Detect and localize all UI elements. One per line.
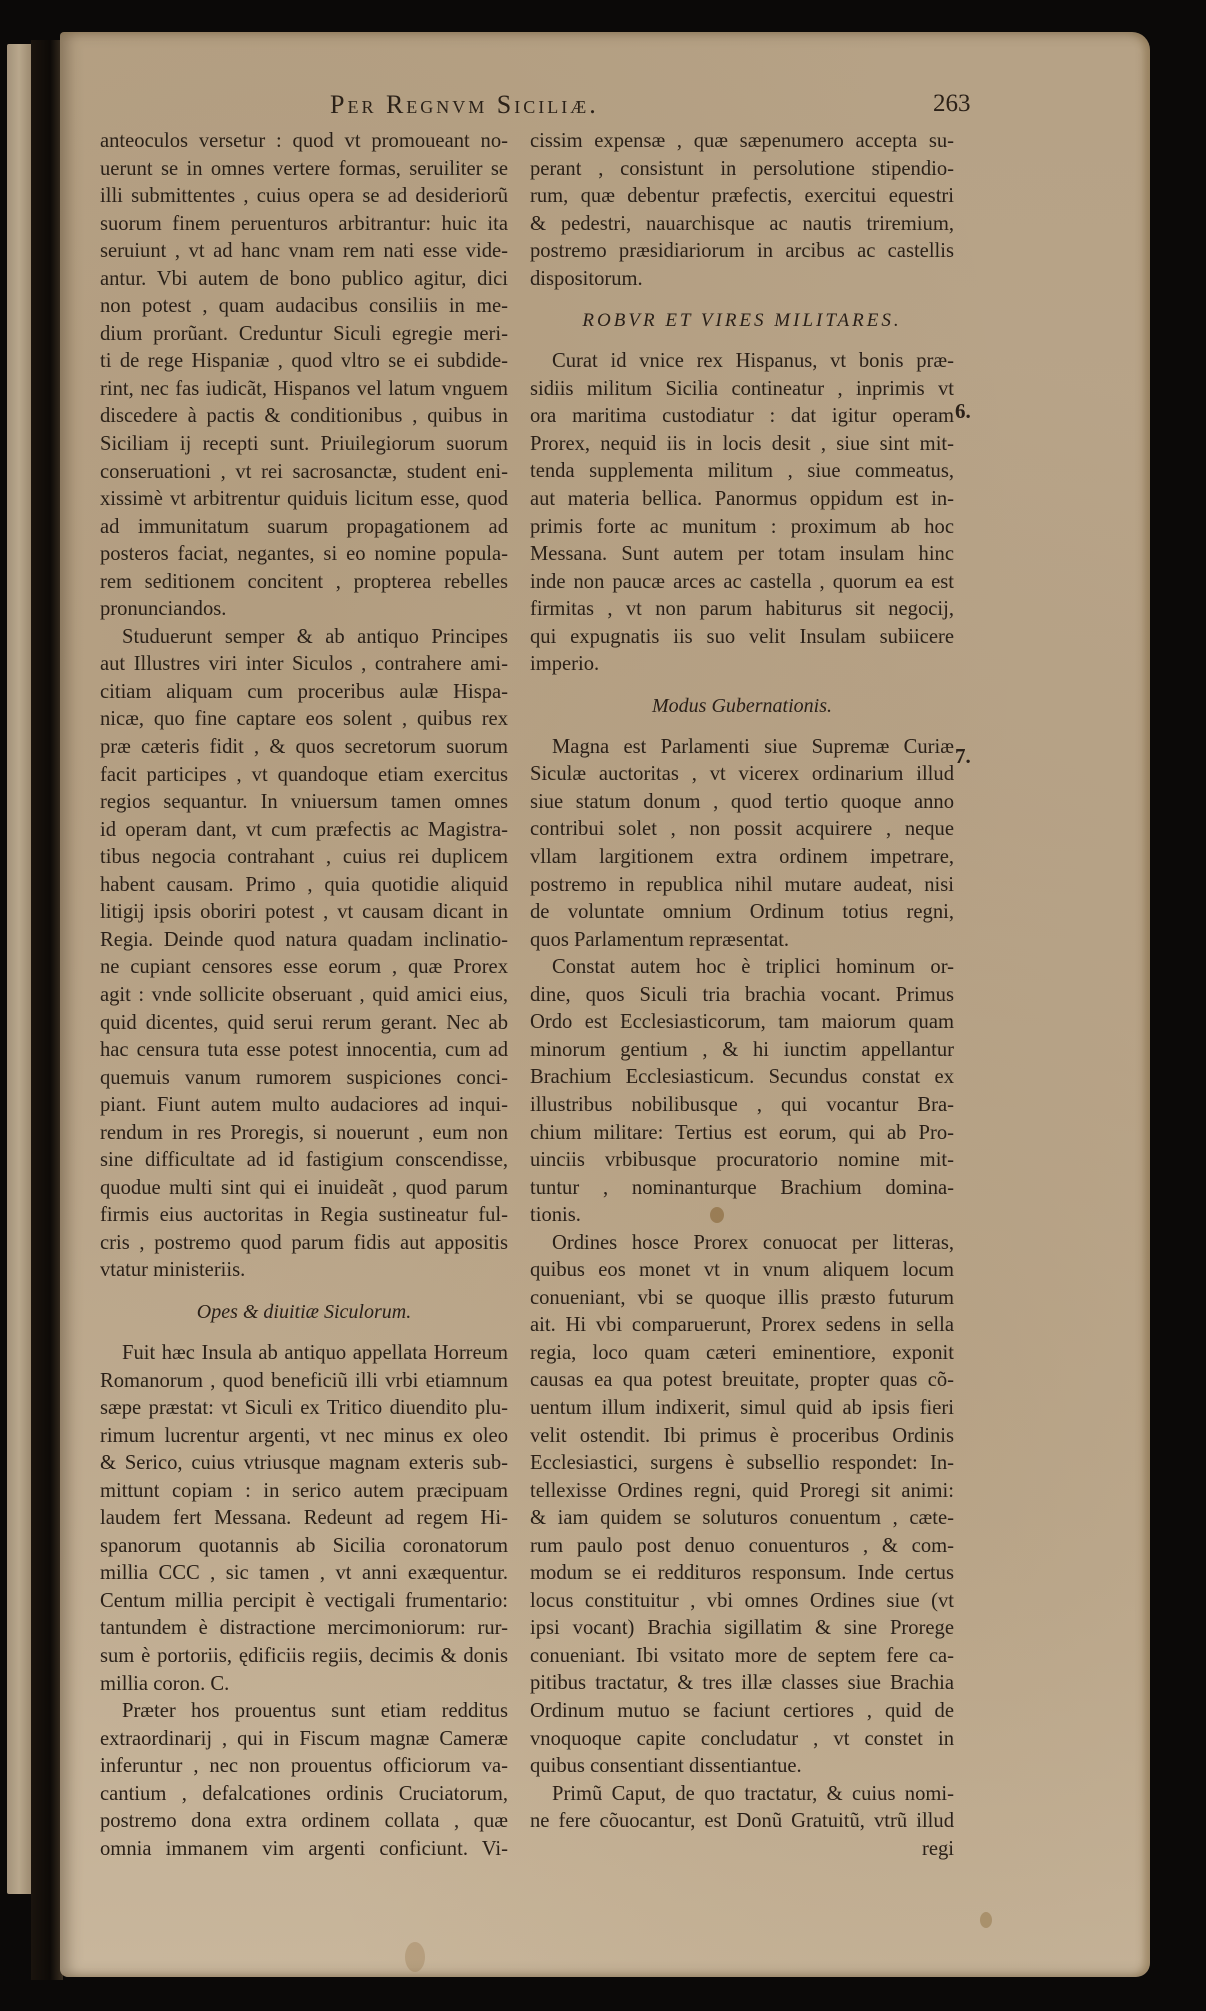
text-line: dium prorũant. Creduntur Siculi egregie … — [100, 321, 508, 349]
book-gutter — [31, 40, 63, 1980]
text-line: litigij ipsis oboriri potest , vt causam… — [100, 899, 508, 927]
text-line: sæpe præstat: vt Siculi ex Tritico diuen… — [100, 1395, 508, 1423]
text-line: quibus eos monet vt in vnum aliquem locu… — [530, 1257, 954, 1285]
text-line: laudem fert Messana. Redeunt ad regem Hi… — [100, 1505, 508, 1533]
text-line: ipsi vocant) Brachia sigillatim & sine P… — [530, 1615, 954, 1643]
text-line: omnia immanem vim argenti conficiunt. Vi… — [100, 1836, 508, 1864]
text-line: qui expugnatis iis suo velit Insulam sub… — [530, 624, 954, 652]
text-line: xissimè vt arbitrentur quiduis licitum e… — [100, 486, 508, 514]
text-line: quos Parlamentum repræsentat. — [530, 927, 954, 955]
text-line: discedere à pactis & conditionibus , qui… — [100, 403, 508, 431]
text-line: extraordinarij , qui in Fiscum magnæ Cam… — [100, 1726, 508, 1754]
text-line: vnoquoque capite concludatur , vt conste… — [530, 1726, 954, 1754]
text-line: antur. Vbi autem de bono publico agitur,… — [100, 266, 508, 294]
text-line: uerunt se in omnes vertere formas, serui… — [100, 156, 508, 184]
text-line: sum è portoriis, ędificiis regiis, decim… — [100, 1643, 508, 1671]
text-line: ora maritima custodiatur : dat igitur op… — [530, 403, 954, 431]
text-line: Ecclesiastici, surgens è subsellio respo… — [530, 1450, 954, 1478]
text-line: millia coron. C. — [100, 1671, 508, 1699]
text-line: primis forte ac munitum : proximum ab ho… — [530, 514, 954, 542]
text-line: agit : vnde sollicite obseruant , quid a… — [100, 982, 508, 1010]
text-line: hac censura tuta esse potest innocentia,… — [100, 1037, 508, 1065]
text-line: vllam largitionem extra ordinem impetrar… — [530, 844, 954, 872]
text-line: tantundem è distractione mercimoniorum: … — [100, 1615, 508, 1643]
text-line: seruiunt , vt ad hanc vnam rem nati esse… — [100, 238, 508, 266]
text-line: millia CCC , sic tamen , vt anni exæquen… — [100, 1560, 508, 1588]
text-line: aut materia bellica. Panormus oppidum es… — [530, 486, 954, 514]
text-line: nicæ, quo fine captare eos solent , quib… — [100, 706, 508, 734]
right-column: cissim expensæ , quæ sæpenumero accepta … — [530, 128, 954, 1863]
text-line: Siciliam ij recepti sunt. Priuilegiorum … — [100, 431, 508, 459]
text-line: tibus negocia contrahant , cuius rei dup… — [100, 844, 508, 872]
text-line: uinciis vrbibusque procuratorio nomine m… — [530, 1147, 954, 1175]
text-line: spanorum quotannis ab Sicilia coronatoru… — [100, 1533, 508, 1561]
text-line: non potest , quam audacibus consiliis in… — [100, 293, 508, 321]
text-line: Primũ Caput, de quo tractatur, & cuius n… — [530, 1781, 954, 1809]
text-line: cris , postremo quod parum fidis aut app… — [100, 1230, 508, 1258]
text-line: firmitas , vt non parum habiturus sit ne… — [530, 596, 954, 624]
text-line: conueniant, vbi se quoque illis præsto f… — [530, 1285, 954, 1313]
catchword: regi — [530, 1836, 954, 1864]
text-line: anteoculos versetur : quod vt promoueant… — [100, 128, 508, 156]
text-line: Siculæ auctoritas , vt vicerex ordinariu… — [530, 761, 954, 789]
text-line: tionis. — [530, 1202, 954, 1230]
book-page: Per Regnvm Siciliæ. 263 anteoculos verse… — [60, 32, 1150, 1977]
text-line: dispositorum. — [530, 266, 954, 294]
text-line: quodue multi sint qui ei inuideãt , quod… — [100, 1175, 508, 1203]
text-line: regios sequantur. In vniuersum tamen omn… — [100, 789, 508, 817]
text-line: vtatur ministeriis. — [100, 1257, 508, 1285]
text-line: & iam quidem se soluturos conuentum , cæ… — [530, 1505, 954, 1533]
text-line: ti de rege Hispaniæ , quod vltro se ei s… — [100, 348, 508, 376]
text-line: pitibus tractatur, & tres illæ classes s… — [530, 1670, 954, 1698]
text-line: Ordinum mutuo se faciunt certiores , qui… — [530, 1698, 954, 1726]
text-line: siue statum donum , quod tertio quoque a… — [530, 789, 954, 817]
right-paragraphs: cissim expensæ , quæ sæpenumero accepta … — [530, 128, 954, 293]
text-line: modum se ei reddituros responsum. Inde c… — [530, 1560, 954, 1588]
text-line: quibus consentiant dissentiantue. — [530, 1753, 954, 1781]
paper-stain — [980, 1912, 992, 1928]
text-line: de voluntate omnium Ordinum totius regni… — [530, 899, 954, 927]
text-line: Præter hos prouentus sunt etiam redditus — [100, 1698, 508, 1726]
text-line: Studuerunt semper & ab antiquo Principes — [100, 624, 508, 652]
text-line: Constat autem hoc è triplici hominum or- — [530, 954, 954, 982]
facing-page-edge — [7, 44, 31, 1894]
paper-stain — [405, 1942, 425, 1972]
left-column: anteoculos versetur : quod vt promoueant… — [100, 128, 508, 1863]
text-line: Magna est Parlamenti siue Supremæ Curiæ — [530, 734, 954, 762]
text-line: id operam dant, vt cum præfectis ac Magi… — [100, 817, 508, 845]
text-line: tellexisse Ordines regni, quid Proregi s… — [530, 1478, 954, 1506]
text-line: perant , consistunt in persolutione stip… — [530, 156, 954, 184]
text-line: rum paulo post denuo conuenturos , & com… — [530, 1533, 954, 1561]
text-line: ad immunitatum suarum propagationem ad — [100, 514, 508, 542]
text-line: aut Illustres viri inter Siculos , contr… — [100, 651, 508, 679]
text-line: Brachium Ecclesiasticum. Secundus consta… — [530, 1064, 954, 1092]
text-line: & pedestri, nauarchisque ac nautis trire… — [530, 211, 954, 239]
text-line: conueniant. Ibi vsitato more de septem f… — [530, 1643, 954, 1671]
text-line: Curat id vnice rex Hispanus, vt bonis pr… — [530, 348, 954, 376]
running-head: Per Regnvm Siciliæ. — [330, 90, 599, 120]
text-line: ne cupiant censores esse eorum , quæ Pro… — [100, 954, 508, 982]
text-line: tenda supplementa militum , siue commeat… — [530, 458, 954, 486]
text-line: chium militare: Tertius est eorum, qui a… — [530, 1120, 954, 1148]
text-line: Fuit hæc Insula ab antiquo appellata Hor… — [100, 1340, 508, 1368]
text-line: habent causam. Primo , quia quotidie ali… — [100, 872, 508, 900]
section-heading-robur: ROBVR ET VIRES MILITARES. — [530, 293, 954, 348]
text-line: quid dicentes, quid serui rerum gerant. … — [100, 1010, 508, 1038]
text-line: pronunciandos. — [100, 596, 508, 624]
text-line: tuntur , nominanturque Brachium domina- — [530, 1175, 954, 1203]
text-line: citiam aliquam cum proceribus aulæ Hispa… — [100, 679, 508, 707]
right-paragraphs-2: Curat id vnice rex Hispanus, vt bonis pr… — [530, 348, 954, 679]
text-line: postremo præsidiariorum in arcibus ac ca… — [530, 238, 954, 266]
marginal-note-7: 7. — [955, 744, 971, 769]
text-line: mittunt copiam : in serico autem præcipu… — [100, 1478, 508, 1506]
text-line: rint, nec fas iudicãt, Hispanos vel latu… — [100, 376, 508, 404]
text-line: velit ostendit. Ibi primus è proceribus … — [530, 1423, 954, 1451]
text-line: illi submittentes , cuius opera se ad de… — [100, 183, 508, 211]
text-line: piant. Fiunt autem multo audaciores ad i… — [100, 1092, 508, 1120]
text-line: postremo dona extra ordinem collata , qu… — [100, 1808, 508, 1836]
text-line: ne fere cõuocantur, est Donũ Gratuitũ, v… — [530, 1808, 954, 1836]
text-line: firmis eius auctoritas in Regia sustinea… — [100, 1202, 508, 1230]
text-line: posteros faciat, negantes, si eo nomine … — [100, 541, 508, 569]
text-line: Ordines hosce Prorex conuocat per litter… — [530, 1230, 954, 1258]
text-line: causas ea qua potest breuitate, propter … — [530, 1367, 954, 1395]
text-line: Romanorum , quod beneficiũ illi vrbi eti… — [100, 1368, 508, 1396]
text-line: uentum illum indixerit, simul quid ab ip… — [530, 1395, 954, 1423]
text-line: suorum finem peruenturos arbitrantur: hu… — [100, 211, 508, 239]
text-line: Messana. Sunt autem per totam insulam hi… — [530, 541, 954, 569]
left-paragraphs: anteoculos versetur : quod vt promoueant… — [100, 128, 508, 1285]
text-line: rimum lucrentur argenti, vt nec minus ex… — [100, 1423, 508, 1451]
text-line: locus constituitur , vbi omnes Ordines s… — [530, 1588, 954, 1616]
text-line: cissim expensæ , quæ sæpenumero accepta … — [530, 128, 954, 156]
text-line: quemuis vanum rumorem suspiciones conci- — [100, 1065, 508, 1093]
text-line: regia, loco quam cæteri eminentiore, exp… — [530, 1340, 954, 1368]
text-line: Regia. Deinde quod natura quadam inclina… — [100, 927, 508, 955]
left-paragraphs-2: Fuit hæc Insula ab antiquo appellata Hor… — [100, 1340, 508, 1863]
text-line: Centum millia percipit è vectigali frume… — [100, 1588, 508, 1616]
marginal-note-6: 6. — [955, 399, 971, 424]
text-line: sine difficultate ad id fastigium consce… — [100, 1147, 508, 1175]
text-line: & Serico, cuius vtriusque magnam exteris… — [100, 1450, 508, 1478]
text-line: cantium , defalcationes ordinis Cruciato… — [100, 1781, 508, 1809]
page-number: 263 — [933, 90, 971, 118]
text-line: minorum gentium , & hi iunctim appellant… — [530, 1037, 954, 1065]
text-line: Ordo est Ecclesiasticorum, tam maiorum q… — [530, 1009, 954, 1037]
text-line: rum, quæ debentur præfectis, exercitui e… — [530, 183, 954, 211]
text-line: contribui solet , non possit acquirere ,… — [530, 816, 954, 844]
text-line: illustribus nobilibusque , qui vocantur … — [530, 1092, 954, 1120]
text-line: facit participes , vt quandoque etiam ex… — [100, 762, 508, 790]
section-heading-opes: Opes & diuitiæ Siculorum. — [100, 1285, 508, 1340]
text-line: imperio. — [530, 651, 954, 679]
text-line: conseruationi , vt rei sacrosanctæ, stud… — [100, 459, 508, 487]
text-line: Prorex, nequid iis in locis desit , siue… — [530, 431, 954, 459]
section-heading-modus: Modus Gubernationis. — [530, 679, 954, 734]
text-line: postremo in republica nihil mutare audea… — [530, 872, 954, 900]
text-line: rendum in res Proregis, si nouerunt , eu… — [100, 1120, 508, 1148]
text-line: ait. Hi vbi comparuerunt, Prorex sedens … — [530, 1312, 954, 1340]
right-paragraphs-3: Magna est Parlamenti siue Supremæ CuriæS… — [530, 734, 954, 1836]
text-line: præ cæteris fidit , & quos secretorum su… — [100, 734, 508, 762]
text-line: sidiis militum Sicilia contineatur , inp… — [530, 376, 954, 404]
text-line: inde non paucæ arces ac castella , quoru… — [530, 569, 954, 597]
text-line: dine, quos Siculi tria brachia vocant. P… — [530, 982, 954, 1010]
text-line: rem seditionem concitent , propterea reb… — [100, 569, 508, 597]
text-line: inferuntur , nec non prouentus officioru… — [100, 1753, 508, 1781]
